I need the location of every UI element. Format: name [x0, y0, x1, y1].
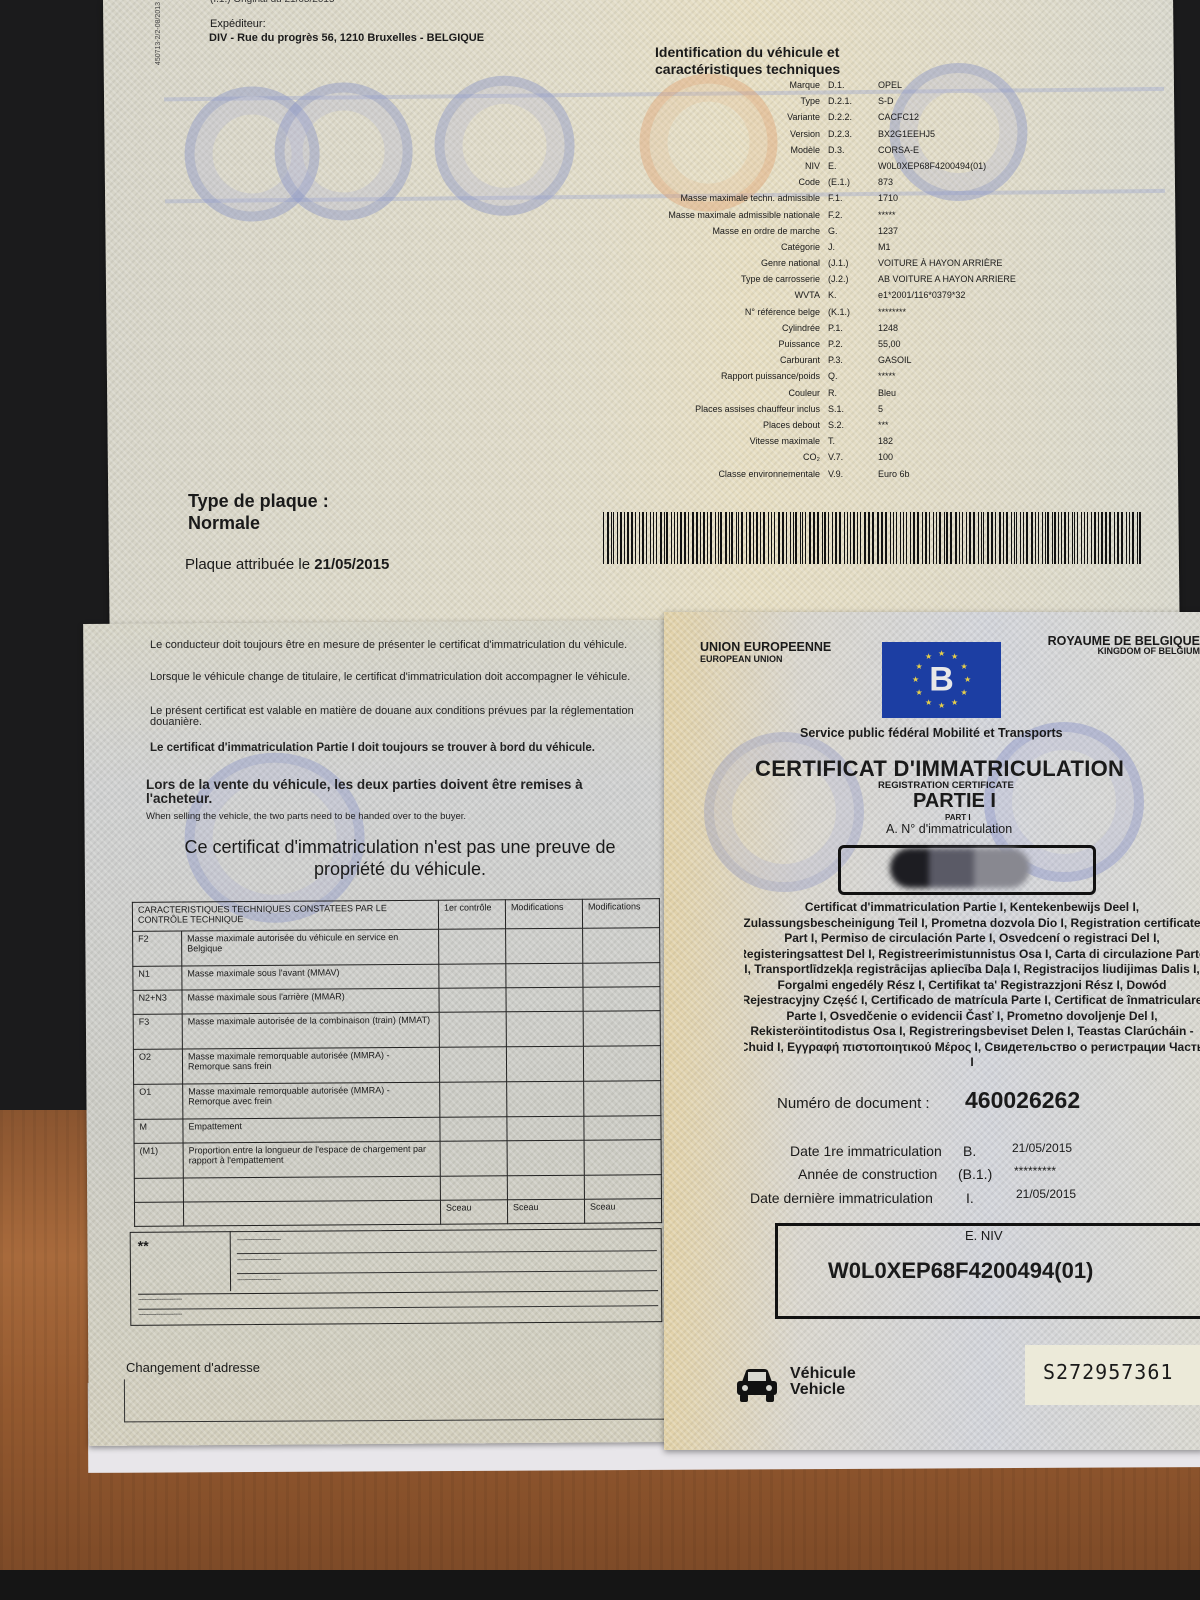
barcode-bar: [760, 512, 761, 564]
barcode-bar: [725, 512, 726, 564]
star-icon: ★: [938, 649, 945, 658]
spec-row: Vitesse maximaleT.182: [620, 436, 1160, 452]
spec-value: 182: [872, 436, 1160, 446]
column-header: Modifications: [505, 899, 582, 929]
barcode-bar: [824, 512, 825, 564]
barcode-bar: [1087, 512, 1088, 564]
spec-code: S.2.: [820, 420, 872, 430]
spec-code: D.2.2.: [820, 112, 872, 122]
star-icon: ★: [961, 662, 968, 671]
value-cell[interactable]: [439, 988, 506, 1012]
spec-row: Code(E.1.)873: [620, 177, 1160, 193]
barcode-bar: [983, 512, 984, 564]
barcode-bar: [809, 512, 811, 564]
spec-value: 5: [872, 404, 1160, 414]
barcode-bar: [768, 512, 769, 564]
table-row: O1Masse maximale remorquable autorisée (…: [134, 1081, 661, 1120]
barcode-bar: [631, 512, 632, 564]
barcode-bar: [624, 512, 625, 564]
vin-label: E. NIV: [965, 1228, 1003, 1243]
spec-label: Type de carrosserie: [620, 274, 820, 283]
table-cell: [183, 1200, 440, 1226]
table-row: F3Masse maximale autorisée de la combina…: [133, 1011, 660, 1050]
barcode-bar: [885, 512, 887, 564]
spec-code: F.1.: [820, 193, 872, 203]
spec-code: S.1.: [820, 404, 872, 414]
value-cell[interactable]: [506, 1011, 583, 1047]
row-label: Proportion entre la longueur de l'espace…: [183, 1141, 440, 1178]
spec-value: OPEL: [872, 80, 1160, 90]
country-header: ROYAUME DE BELGIQUE KINGDOM OF BELGIUM: [1048, 634, 1200, 656]
spec-label: N° référence belge: [620, 307, 820, 316]
spec-row: ModèleD.3.CORSA-E: [620, 145, 1160, 161]
vehicle-spec-list: MarqueD.1.OPELTypeD.2.1.S-DVarianteD.2.2…: [620, 80, 1160, 485]
barcode-bar: [922, 512, 923, 564]
barcode-bar: [718, 512, 719, 564]
barcode-bar: [1038, 512, 1039, 564]
barcode-bar: [847, 512, 848, 564]
spec-label: Classe environnementale: [620, 469, 820, 478]
first-registration-label: Date 1re immatriculation: [790, 1143, 942, 1159]
barcode-bar: [900, 512, 901, 564]
spec-code: D.3.: [820, 145, 872, 155]
first-registration-code: B.: [963, 1143, 976, 1159]
barcode-bar: [881, 512, 883, 564]
barcode-bar: [929, 512, 930, 564]
multilingual-text: Certificat d'immatriculation Partie I, K…: [744, 900, 1200, 1071]
sender-address: DIV - Rue du progrès 56, 1210 Bruxelles …: [209, 32, 484, 44]
spec-label: Cylindrée: [620, 323, 820, 332]
spec-label: Masse en ordre de marche: [620, 226, 820, 235]
value-cell[interactable]: [584, 1081, 661, 1117]
star-icon: ★: [912, 675, 919, 684]
barcode-bar: [671, 512, 672, 564]
barcode-bar: [906, 512, 907, 564]
spec-label: Code: [620, 177, 820, 186]
barcode-bar: [917, 512, 919, 564]
address-change-box: [124, 1377, 670, 1423]
value-cell[interactable]: [439, 1047, 506, 1082]
barcode-bar: [611, 512, 612, 564]
spec-value: CACFC12: [872, 112, 1160, 122]
last-registration-code: I.: [966, 1190, 974, 1206]
barcode-bar: [790, 512, 791, 564]
barcode-bar: [646, 512, 647, 564]
plate-assigned-label: Plaque attribuée le: [185, 556, 310, 573]
spec-value: W0L0XEP68F4200494(01): [872, 161, 1160, 171]
spec-value: 1710: [872, 193, 1160, 203]
barcode-bar: [1023, 512, 1024, 564]
value-cell[interactable]: [583, 928, 660, 964]
barcode-bar: [1132, 512, 1133, 564]
spec-code: Q.: [820, 371, 872, 381]
dotted-line: ........................................…: [237, 1232, 657, 1254]
serial-number: S272957361: [1043, 1360, 1173, 1384]
spec-row: N° référence belge(K.1.)********: [620, 307, 1160, 323]
spec-row: Type de carrosserie(J.2.)AB VOITURE A HA…: [620, 274, 1160, 290]
barcode-bar: [1042, 512, 1043, 564]
barcode-bar: [955, 512, 957, 564]
eu-belgium-flag-icon: B ★★★★★★★★★★★★: [882, 642, 1001, 718]
barcode-bar: [692, 512, 693, 564]
barcode-bar: [835, 512, 837, 564]
barcode-bar: [933, 512, 934, 564]
spec-label: Marque: [620, 80, 820, 89]
table-header: CARACTERISTIQUES TECHNIQUES CONSTATEES P…: [132, 900, 438, 931]
barcode-bar: [1074, 512, 1075, 564]
spec-label: Catégorie: [620, 242, 820, 251]
barcode-bar: [731, 512, 732, 564]
value-cell[interactable]: [583, 963, 660, 988]
barcode-bar: [660, 512, 662, 564]
spec-row: Masse en ordre de marcheG.1237: [620, 226, 1160, 242]
barcode-bar: [771, 512, 772, 564]
barcode-bar: [613, 512, 614, 564]
spec-label: Masse maximale techn. admissible: [620, 193, 820, 202]
spec-row: MarqueD.1.OPEL: [620, 80, 1160, 96]
table-row: N1Masse maximale sous l'avant (MMAV): [133, 963, 660, 991]
barcode-bar: [763, 512, 765, 564]
notice-2: Lorsque le véhicule change de titulaire,…: [150, 672, 640, 683]
barcode-bar: [664, 512, 665, 564]
barcode-bar: [893, 512, 894, 564]
barcode-bar: [966, 512, 967, 564]
value-cell[interactable]: [440, 1176, 507, 1200]
barcode-bar: [1052, 512, 1053, 564]
barcode-bar: [627, 512, 629, 564]
row-code: N2+N3: [133, 990, 182, 1014]
barcode-bar: [738, 512, 739, 564]
row-label: Masse maximale autorisée de la combinais…: [182, 1012, 439, 1049]
spec-code: (K.1.): [820, 307, 872, 317]
barcode-bar: [822, 512, 823, 564]
row-code: O2: [133, 1049, 182, 1084]
spec-label: Couleur: [620, 388, 820, 397]
spec-value: ***: [872, 420, 1160, 430]
row-label: Masse maximale sous l'avant (MMAV): [182, 964, 439, 990]
spec-label: Places debout: [620, 420, 820, 429]
spec-value: GASOIL: [872, 355, 1160, 365]
row-label: Masse maximale remorquable autorisée (MM…: [182, 1047, 439, 1084]
spec-row: CarburantP.3.GASOIL: [620, 355, 1160, 371]
barcode-bar: [1091, 512, 1092, 564]
build-year-label: Année de construction: [798, 1166, 937, 1182]
original-date-line: (I.1.) Original du 21/05/2015: [210, 0, 335, 5]
barcode-bar: [890, 512, 891, 564]
vehicle-identification-title: Identification du véhicule et caractéris…: [655, 44, 895, 78]
barcode-bar: [936, 512, 937, 564]
barcode-bar: [720, 512, 722, 564]
plate-assigned: Plaque attribuée le 21/05/2015: [185, 556, 389, 573]
barcode-bar: [666, 512, 667, 564]
spec-label: WVTA: [620, 290, 820, 299]
barcode-bar: [1101, 512, 1103, 564]
wheel-watermark: [434, 75, 575, 216]
spec-code: V.7.: [820, 452, 872, 462]
star-icon: ★: [925, 698, 932, 707]
value-cell[interactable]: [584, 1116, 661, 1141]
value-cell[interactable]: [583, 1046, 660, 1082]
part-title: PARTIE I: [913, 790, 996, 813]
car-icon: [734, 1366, 780, 1409]
table-row: F2Masse maximale autorisée du véhicule e…: [133, 928, 660, 967]
spec-label: Carburant: [620, 355, 820, 364]
barcode-bar: [910, 512, 911, 564]
spec-code: T.: [820, 436, 872, 446]
eu-title: UNION EUROPEENNE: [700, 640, 831, 654]
star-icon: ★: [951, 652, 958, 661]
barcode-bar: [774, 512, 775, 564]
value-cell[interactable]: [440, 1141, 507, 1176]
table-row: N2+N3Masse maximale sous l'arrière (MMAR…: [133, 987, 660, 1015]
value-cell[interactable]: [439, 929, 506, 964]
spec-code: V.9.: [820, 469, 872, 479]
wheel-watermark: [274, 82, 413, 221]
spec-row: CatégorieJ.M1: [620, 242, 1160, 258]
value-cell[interactable]: [439, 1012, 506, 1047]
barcode-bar: [832, 512, 833, 564]
spec-row: Genre national(J.1.)VOITURE À HAYON ARRI…: [620, 258, 1160, 274]
spec-code: (J.1.): [820, 258, 872, 268]
spec-row: NIVE.W0L0XEP68F4200494(01): [620, 161, 1160, 177]
plate-type-label: Type de plaque :: [188, 490, 329, 512]
barcode-bar: [710, 512, 712, 564]
barcode-bar: [617, 512, 618, 564]
table-row: [134, 1175, 661, 1203]
barcode-bar: [607, 512, 608, 564]
barcode-bar: [650, 512, 651, 564]
spec-code: (J.2.): [820, 274, 872, 284]
barcode-bar: [677, 512, 678, 564]
value-cell[interactable]: [584, 1175, 661, 1200]
value-cell[interactable]: [506, 1046, 583, 1082]
stars-mark: **: [138, 1238, 149, 1254]
dotted-line: ........................................…: [237, 1272, 657, 1289]
barcode-bar: [1014, 512, 1015, 564]
value-cell[interactable]: [583, 987, 660, 1012]
spec-code: D.1.: [820, 80, 872, 90]
barcode-bar: [639, 512, 640, 564]
barcode-bar: [656, 512, 657, 564]
barcode-bar: [1094, 512, 1095, 564]
barcode-bar: [987, 512, 989, 564]
spec-code: E.: [820, 161, 872, 171]
spec-value: ********: [872, 307, 1160, 317]
barcode-bar: [817, 512, 819, 564]
last-registration-label: Date dernière immatriculation: [750, 1190, 933, 1206]
spec-code: P.3.: [820, 355, 872, 365]
barcode-bar: [786, 512, 787, 564]
spec-label: CO₂: [620, 452, 820, 461]
value-cell[interactable]: [507, 1081, 584, 1117]
spec-value: e1*2001/116*0379*32: [872, 290, 1160, 300]
spec-label: NIV: [620, 161, 820, 170]
address-change-label: Changement d'adresse: [126, 1360, 260, 1375]
barcode-bar: [635, 512, 636, 564]
column-header: 1er contrôle: [438, 900, 505, 929]
barcode-bar: [1035, 512, 1036, 564]
barcode-bar: [1077, 512, 1078, 564]
seal-cell: Sceau: [507, 1199, 584, 1224]
barcode-bar: [1084, 512, 1085, 564]
multilingual-title: Certificat d'immatriculation Partie I, K…: [744, 900, 1200, 1071]
row-label: Masse maximale autorisée du véhicule en …: [182, 929, 439, 966]
barcode-bar: [729, 512, 730, 564]
barcode-bar: [903, 512, 904, 564]
barcode-bar: [620, 512, 621, 564]
seal-cell: Sceau: [440, 1200, 507, 1224]
barcode-bar: [1047, 512, 1048, 564]
barcode-bar: [1105, 512, 1106, 564]
barcode-bar: [1117, 512, 1119, 564]
spec-value: *****: [872, 210, 1160, 220]
barcode-bar: [688, 512, 689, 564]
spec-code: D.2.1.: [820, 96, 872, 106]
row-label: [183, 1176, 440, 1202]
barcode-bar: [805, 512, 806, 564]
barcode-bar: [1068, 512, 1069, 564]
value-cell[interactable]: [507, 1175, 584, 1200]
document-number: 460026262: [965, 1087, 1080, 1114]
sender-label: Expéditeur:: [210, 18, 266, 30]
build-year-code: (B.1.): [958, 1166, 992, 1182]
notice-6: When selling the vehicle, the two parts …: [146, 811, 636, 822]
value-cell[interactable]: [440, 1117, 507, 1141]
barcode-bar: [1072, 512, 1073, 564]
notice-1: Le conducteur doit toujours être en mesu…: [150, 640, 640, 651]
table-edge: [0, 1570, 1200, 1600]
barcode-bar: [969, 512, 971, 564]
barcode-bar: [1139, 512, 1141, 564]
plate-assigned-date: 21/05/2015: [314, 556, 389, 573]
barcode-bar: [1020, 512, 1021, 564]
barcode-bar: [795, 512, 796, 564]
value-cell[interactable]: [439, 964, 506, 988]
row-code: (M1): [134, 1143, 183, 1178]
spec-row: Places deboutS.2.***: [620, 420, 1160, 436]
spec-label: Variante: [620, 112, 820, 121]
barcode-bar: [864, 512, 866, 564]
star-icon: ★: [964, 675, 971, 684]
star-icon: ★: [915, 662, 922, 671]
row-code: N1: [133, 966, 182, 990]
barcode-bar: [978, 512, 979, 564]
spec-code: D.2.3.: [820, 129, 872, 139]
barcode-bar: [1061, 512, 1062, 564]
spec-value: 1237: [872, 226, 1160, 236]
barcode-bar: [653, 512, 654, 564]
value-cell[interactable]: [506, 963, 583, 988]
form-code: 450713-2/2-08/2013: [155, 2, 162, 65]
spec-row: Rapport puissance/poidsQ.*****: [620, 371, 1160, 387]
barcode-bar: [736, 512, 737, 564]
signature-box: ** .....................................…: [130, 1228, 663, 1326]
barcode-bar: [981, 512, 982, 564]
spec-code: P.1.: [820, 323, 872, 333]
spec-value: BX2G1EEHJ5: [872, 129, 1160, 139]
table-row: MEmpattement: [134, 1116, 661, 1144]
value-cell[interactable]: [440, 1082, 507, 1117]
barcode-bar: [1031, 512, 1033, 564]
barcode-bar: [950, 512, 951, 564]
vehicle-label: Véhicule Vehicle: [790, 1366, 856, 1398]
spec-value: 1248: [872, 323, 1160, 333]
spec-row: Masse maximale techn. admissibleF.1.1710: [620, 193, 1160, 209]
barcode-bar: [844, 512, 845, 564]
barcode-bar: [828, 512, 829, 564]
barcode-bar: [746, 512, 747, 564]
value-cell[interactable]: [507, 1116, 584, 1141]
plate-type: Type de plaque : Normale: [188, 490, 329, 534]
row-code: M: [134, 1119, 183, 1143]
spec-value: CORSA-E: [872, 145, 1160, 155]
spec-row: Places assises chauffeur inclusS.1.5: [620, 404, 1160, 420]
barcode-bar: [756, 512, 758, 564]
spec-label: Type: [620, 96, 820, 105]
barcode-bar: [1064, 512, 1066, 564]
spec-row: VersionD.2.3.BX2G1EEHJ5: [620, 129, 1160, 145]
first-registration-date: 21/05/2015: [1012, 1141, 1072, 1155]
barcode-bar: [696, 512, 698, 564]
value-cell[interactable]: [506, 987, 583, 1012]
spec-value: VOITURE À HAYON ARRIÈRE: [872, 258, 1160, 268]
barcode-bar: [802, 512, 803, 564]
spec-row: Masse maximale admissible nationaleF.2.*…: [620, 210, 1160, 226]
barcode-bar: [642, 512, 644, 564]
flag-letter: B: [929, 661, 954, 700]
ownership-disclaimer: Ce certificat d'immatriculation n'est pa…: [180, 836, 620, 880]
value-cell[interactable]: [506, 928, 583, 964]
vin-number: W0L0XEP68F4200494(01): [828, 1258, 1093, 1284]
barcode-bar: [603, 512, 604, 564]
seal-cell: Sceau: [584, 1199, 661, 1224]
star-icon: ★: [961, 688, 968, 697]
barcode-bar: [703, 512, 704, 564]
barcode-bar: [913, 512, 915, 564]
barcode-bar: [1126, 512, 1127, 564]
barcode: [603, 512, 1143, 564]
barcode-bar: [800, 512, 801, 564]
table-cell: [134, 1202, 183, 1226]
barcode-bar: [1129, 512, 1130, 564]
spec-code: J.: [820, 242, 872, 252]
barcode-bar: [973, 512, 975, 564]
dotted-line: ........................................…: [237, 1252, 657, 1274]
barcode-bar: [1081, 512, 1082, 564]
barcode-bar: [674, 512, 675, 564]
row-code: [134, 1178, 183, 1202]
barcode-bar: [1003, 512, 1004, 564]
barcode-bar: [1054, 512, 1055, 564]
value-cell[interactable]: [583, 1011, 660, 1047]
spec-label: Places assises chauffeur inclus: [620, 404, 820, 413]
certificate-title: CERTIFICAT D'IMMATRICULATION: [755, 756, 1124, 782]
vehicle-label-en: Vehicle: [790, 1382, 856, 1398]
spec-label: Vitesse maximale: [620, 436, 820, 445]
spec-label: Modèle: [620, 145, 820, 154]
value-cell[interactable]: [507, 1140, 584, 1176]
value-cell[interactable]: [584, 1140, 661, 1176]
barcode-bar: [839, 512, 840, 564]
spec-row: WVTAK.e1*2001/116*0379*32: [620, 290, 1160, 306]
column-header: Modifications: [582, 899, 659, 929]
spec-row: TypeD.2.1.S-D: [620, 96, 1160, 112]
barcode-bar: [749, 512, 750, 564]
barcode-bar: [1109, 512, 1111, 564]
barcode-bar: [741, 512, 743, 564]
spec-value: AB VOITURE A HAYON ARRIERE: [872, 274, 1160, 284]
barcode-bar: [707, 512, 708, 564]
